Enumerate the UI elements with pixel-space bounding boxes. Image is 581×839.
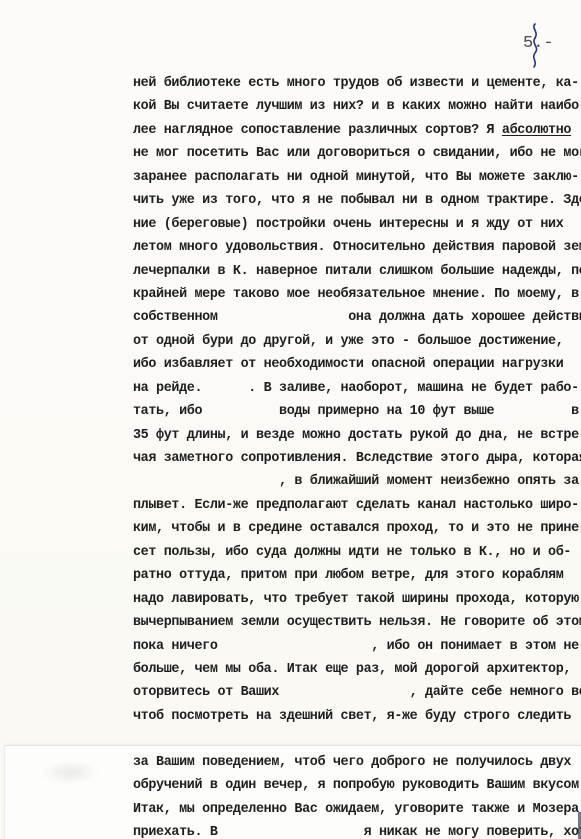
page-number: 5.- — [523, 34, 554, 53]
text-line: ней библиотеке есть много трудов об изве… — [133, 72, 563, 95]
text-line: чтоб посмотреть на здешний свет, я-же бу… — [133, 705, 563, 728]
text-line: лечерпалки в К. наверное питали слишком … — [133, 260, 563, 283]
text-line: приехать. В я никак не могу поверить, хо… — [133, 821, 563, 839]
text-line: летом много удовольствия. Относительно д… — [133, 236, 563, 259]
text-line: чая заметного сопротивления. Вследствие … — [133, 447, 563, 470]
text-line: собственном она должна дать хорошее дейс… — [133, 306, 563, 329]
text-line: на рейде. . В заливе, наоборот, машина н… — [133, 377, 563, 400]
text-line: вычерпыванием земли осуществить нельзя. … — [133, 611, 563, 634]
text-line: оторвитесь от Ваших , дайте себе немного… — [133, 681, 563, 704]
text-line: от одной бури до другой, и уже это - бол… — [133, 330, 563, 353]
text-line: не мог посетить Вас или договориться о с… — [133, 142, 563, 165]
underlined-word: абсолютно — [502, 123, 571, 138]
text-line: тать, ибо воды примерно на 10 фут выше в — [133, 400, 563, 423]
text-line: крайней мере таково мое необязательное м… — [133, 283, 563, 306]
text-line: плывет. Если-же предполагают сделать кан… — [133, 494, 563, 517]
text-line-part: лее наглядное сопоставление различных со… — [133, 123, 502, 138]
text-line: заранее располагать ни одной минутой, чт… — [133, 166, 563, 189]
text-line: кой Вы считаете лучшим из них? и в каких… — [133, 95, 563, 118]
text-line: обручений в один вечер, я попробую руков… — [133, 774, 563, 797]
text-line: надо лавировать, что требует такой ширин… — [133, 588, 563, 611]
text-line: пока ничего , ибо он понимает в этом не — [133, 635, 563, 658]
text-line: лее наглядное сопоставление различных со… — [133, 119, 563, 142]
text-line: сет пользы, ибо суда должны идти не толь… — [133, 541, 563, 564]
text-line: чить уже из того, что я не побывал ни в … — [133, 189, 563, 212]
text-line: ние (береговые) постройки очень интересн… — [133, 213, 563, 236]
text-line: больше, чем мы оба. Итак еще раз, мой до… — [133, 658, 563, 681]
text-line: за Вашим поведением, чтоб чего доброго н… — [133, 751, 563, 774]
text-line: ким, чтобы и в средине оставался проход,… — [133, 517, 563, 540]
paper-smudge — [40, 760, 100, 785]
typewritten-body-text: ней библиотеке есть много трудов об изве… — [133, 72, 563, 728]
text-line: , в ближайший момент неизбежно опять за- — [133, 470, 563, 493]
text-line: Итак, мы определенно Вас ожидаем, уговор… — [133, 798, 563, 821]
typewritten-body-text-strip: за Вашим поведением, чтоб чего доброго н… — [133, 751, 563, 839]
scanned-document-page: 5.- ней библиотеке есть много трудов об … — [0, 0, 581, 839]
text-line: ратно оттуда, притом при любом ветре, дл… — [133, 564, 563, 587]
text-line: 35 фут длины, и везде можно достать руко… — [133, 424, 563, 447]
text-line: ибо избавляет от необходимости опасной о… — [133, 353, 563, 376]
handwritten-annotation-icon — [529, 22, 541, 68]
